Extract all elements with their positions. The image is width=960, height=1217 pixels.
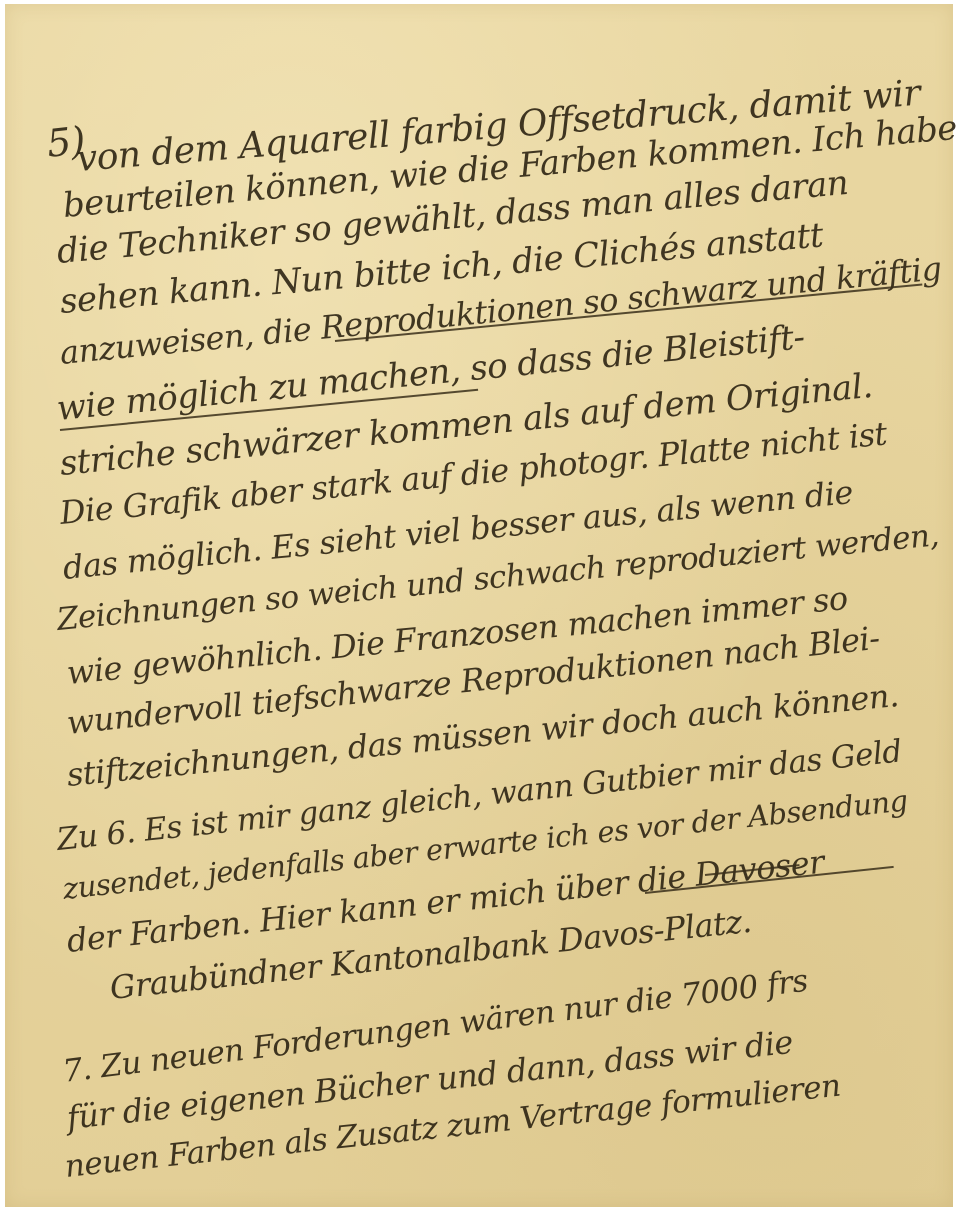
letter-page: 5) von dem Aquarell farbig Offsetdruck, …	[5, 4, 953, 1207]
